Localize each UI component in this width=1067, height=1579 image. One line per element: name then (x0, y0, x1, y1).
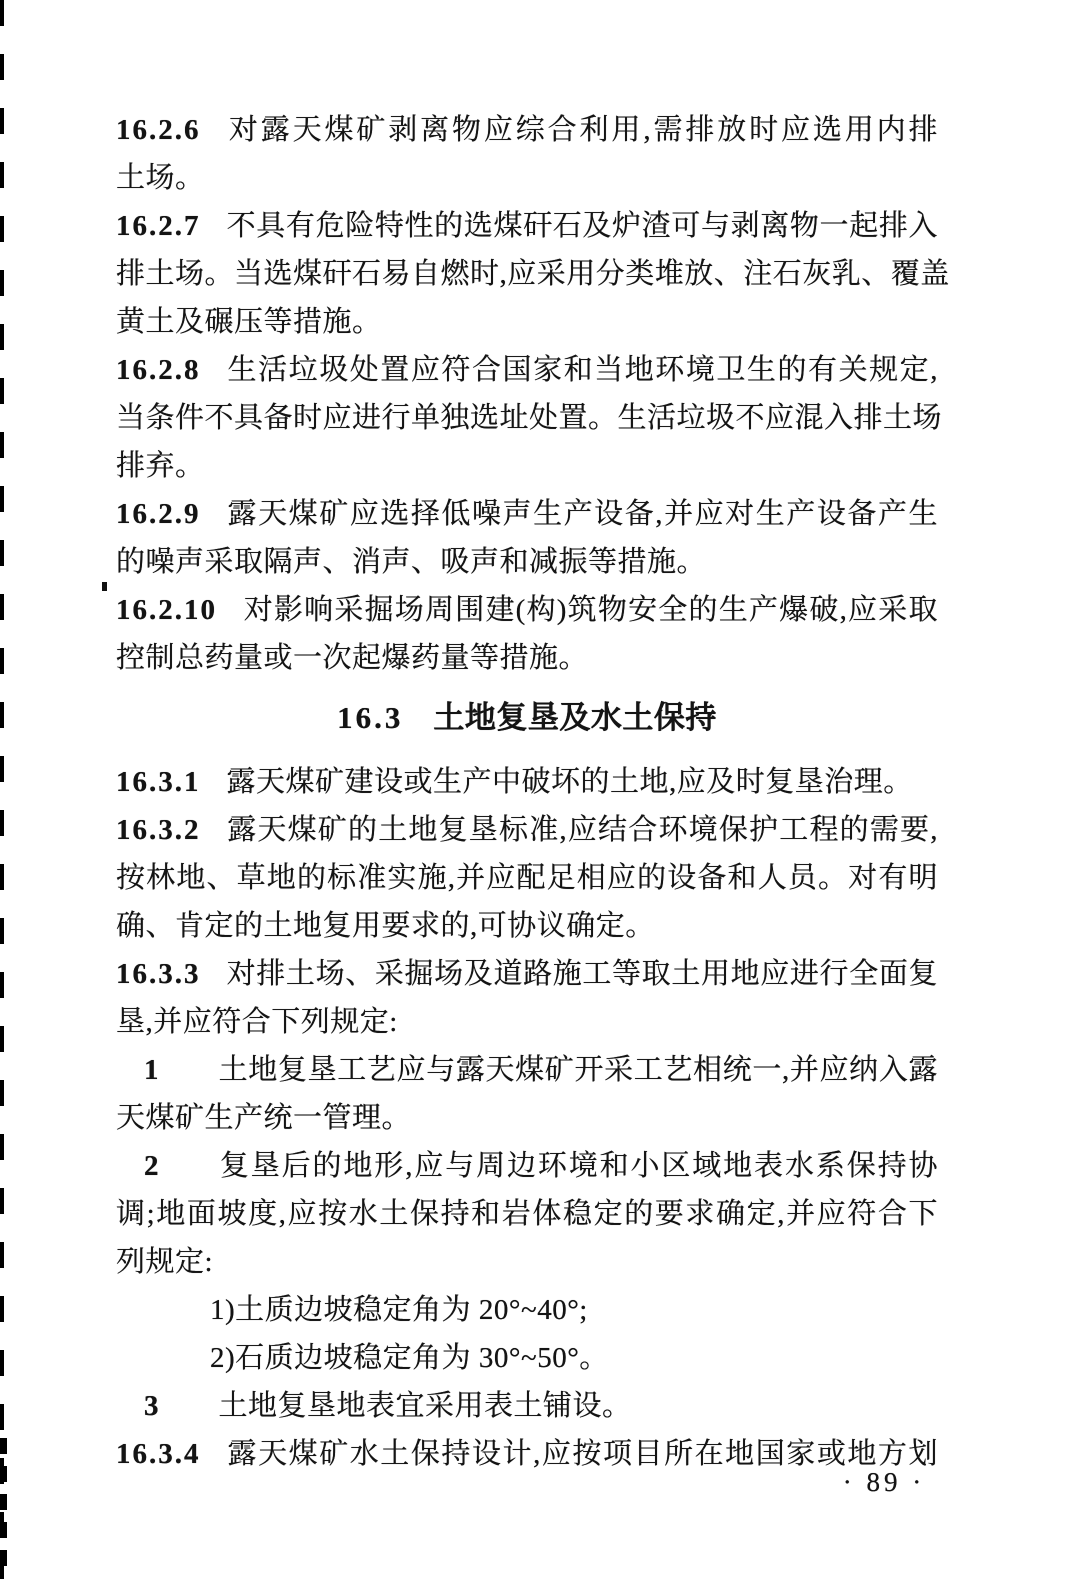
line-text: 复垦后的地形,应与周边环境和小区域地表水系保持协 (219, 1150, 939, 1182)
clause-paragraph: 16.2.9露天煤矿应选择低噪声生产设备,并应对生产设备产生的噪声采取隔声、消声… (116, 490, 938, 586)
line-text: 排土场。当选煤矸石易自燃时,应采用分类堆放、注石灰乳、覆盖 (116, 258, 950, 290)
text-line: 确、肯定的土地复用要求的,可协议确定。 (116, 902, 938, 950)
text-line: 16.3.3对排土场、采掘场及道路施工等取土用地应进行全面复 (116, 950, 938, 998)
text-line: 2)石质边坡稳定角为 30°~50°。 (116, 1334, 938, 1382)
scanned-document-page: 16.2.6对露天煤矿剥离物应综合利用,需排放时应选用内排土场。16.2.7不具… (0, 0, 1067, 1579)
line-text: 露天煤矿建设或生产中破坏的土地,应及时复垦治理。 (227, 766, 913, 798)
text-line: 天煤矿生产统一管理。 (116, 1094, 938, 1142)
text-line: 16.2.7不具有危险特性的选煤矸石及炉渣可与剥离物一起排入 (116, 202, 938, 250)
text-line: 16.2.8生活垃圾处置应符合国家和当地环境卫生的有关规定, (116, 346, 938, 394)
line-text: 当条件不具备时应进行单独选址处置。生活垃圾不应混入排土场 (116, 402, 942, 434)
item-number: 16.3.4 (116, 1438, 201, 1470)
clause-paragraph: 16.3.4露天煤矿水土保持设计,应按项目所在地国家或地方划 (116, 1430, 938, 1478)
line-text: 确、肯定的土地复用要求的,可协议确定。 (116, 910, 655, 942)
text-line: 列规定: (116, 1238, 938, 1286)
list-item: 3土地复垦地表宜采用表土铺设。 (116, 1382, 938, 1430)
section-heading: 16.3土地复垦及水土保持 (116, 694, 938, 742)
line-text: 排弃。 (116, 450, 205, 482)
item-number: 2 (144, 1150, 161, 1182)
item-number: 16.3.2 (116, 814, 201, 846)
page-number: · 89 · (824, 1466, 944, 1498)
line-text: 土地复垦及水土保持 (433, 700, 717, 735)
text-line: 按林地、草地的标准实施,并应配足相应的设备和人员。对有明 (116, 854, 938, 902)
item-number: 1 (144, 1054, 161, 1086)
heading-number: 16.3 (337, 700, 403, 735)
line-text: 生活垃圾处置应符合国家和当地环境卫生的有关规定, (227, 354, 939, 386)
text-line: 16.3.2露天煤矿的土地复垦标准,应结合环境保护工程的需要, (116, 806, 938, 854)
text-line: 1)土质边坡稳定角为 20°~40°; (116, 1286, 938, 1334)
text-line: 1土地复垦工艺应与露天煤矿开采工艺相统一,并应纳入露 (116, 1046, 938, 1094)
item-number: 16.2.6 (116, 114, 201, 146)
line-text: 土地复垦地表宜采用表土铺设。 (219, 1390, 632, 1422)
item-number: 16.2.7 (116, 210, 201, 242)
text-line: 3土地复垦地表宜采用表土铺设。 (116, 1382, 938, 1430)
item-number: 16.3.1 (116, 766, 201, 798)
clause-paragraph: 16.3.1露天煤矿建设或生产中破坏的土地,应及时复垦治理。 (116, 758, 938, 806)
line-text: 露天煤矿的土地复垦标准,应结合环境保护工程的需要, (227, 814, 939, 846)
line-text: 列规定: (116, 1246, 213, 1278)
item-number: 16.2.8 (116, 354, 201, 386)
line-text: 调;地面坡度,应按水土保持和岩体稳定的要求确定,并应符合下 (116, 1198, 938, 1230)
text-line: 16.2.9露天煤矿应选择低噪声生产设备,并应对生产设备产生 (116, 490, 938, 538)
text-line: 16.3.1露天煤矿建设或生产中破坏的土地,应及时复垦治理。 (116, 758, 938, 806)
clause-paragraph: 16.2.6对露天煤矿剥离物应综合利用,需排放时应选用内排土场。 (116, 106, 938, 202)
text-line: 控制总药量或一次起爆药量等措施。 (116, 634, 938, 682)
line-text: 土地复垦工艺应与露天煤矿开采工艺相统一,并应纳入露 (219, 1054, 939, 1086)
text-line: 16.2.10对影响采掘场周围建(构)筑物安全的生产爆破,应采取 (116, 586, 938, 634)
text-line: 调;地面坡度,应按水土保持和岩体稳定的要求确定,并应符合下 (116, 1190, 938, 1238)
text-line: 16.3.4露天煤矿水土保持设计,应按项目所在地国家或地方划 (116, 1430, 938, 1478)
clause-paragraph: 16.3.3对排土场、采掘场及道路施工等取土用地应进行全面复垦,并应符合下列规定… (116, 950, 938, 1046)
item-number: 16.3.3 (116, 958, 201, 990)
document-body: 16.2.6对露天煤矿剥离物应综合利用,需排放时应选用内排土场。16.2.7不具… (116, 0, 938, 1478)
line-text: 的噪声采取隔声、消声、吸声和减振等措施。 (116, 546, 706, 578)
text-line: 2复垦后的地形,应与周边环境和小区域地表水系保持协 (116, 1142, 938, 1190)
list-item: 2)石质边坡稳定角为 30°~50°。 (116, 1334, 938, 1382)
list-item: 1土地复垦工艺应与露天煤矿开采工艺相统一,并应纳入露天煤矿生产统一管理。 (116, 1046, 938, 1142)
line-text: 对排土场、采掘场及道路施工等取土用地应进行全面复 (227, 958, 939, 990)
line-text: 垦,并应符合下列规定: (116, 1006, 398, 1038)
line-text: 不具有危险特性的选煤矸石及炉渣可与剥离物一起排入 (227, 210, 939, 242)
line-text: 按林地、草地的标准实施,并应配足相应的设备和人员。对有明 (116, 862, 938, 894)
clause-paragraph: 16.3.2露天煤矿的土地复垦标准,应结合环境保护工程的需要,按林地、草地的标准… (116, 806, 938, 950)
text-line: 排土场。当选煤矸石易自燃时,应采用分类堆放、注石灰乳、覆盖 (116, 250, 938, 298)
item-number: 3 (144, 1390, 161, 1422)
line-text: 露天煤矿应选择低噪声生产设备,并应对生产设备产生 (227, 498, 939, 530)
clause-paragraph: 16.2.10对影响采掘场周围建(构)筑物安全的生产爆破,应采取控制总药量或一次… (116, 586, 938, 682)
clause-paragraph: 16.2.8生活垃圾处置应符合国家和当地环境卫生的有关规定,当条件不具备时应进行… (116, 346, 938, 490)
text-line: 黄土及碾压等措施。 (116, 298, 938, 346)
line-text: 天煤矿生产统一管理。 (116, 1102, 411, 1134)
item-number: 16.2.9 (116, 498, 201, 530)
list-item: 2复垦后的地形,应与周边环境和小区域地表水系保持协调;地面坡度,应按水土保持和岩… (116, 1142, 938, 1286)
scan-edge-artifact-left-bottom (0, 1438, 7, 1572)
scan-edge-artifact-left (0, 0, 4, 1579)
text-line: 排弃。 (116, 442, 938, 490)
text-line: 16.3土地复垦及水土保持 (116, 694, 938, 742)
item-number: 16.2.10 (116, 594, 217, 626)
clause-paragraph: 16.2.7不具有危险特性的选煤矸石及炉渣可与剥离物一起排入排土场。当选煤矸石易… (116, 202, 938, 346)
line-text: 1)土质边坡稳定角为 20°~40°; (210, 1294, 588, 1326)
text-line: 16.2.6对露天煤矿剥离物应综合利用,需排放时应选用内排 (116, 106, 938, 154)
list-item: 1)土质边坡稳定角为 20°~40°; (116, 1286, 938, 1334)
text-line: 当条件不具备时应进行单独选址处置。生活垃圾不应混入排土场 (116, 394, 938, 442)
line-text: 控制总药量或一次起爆药量等措施。 (116, 642, 588, 674)
text-line: 垦,并应符合下列规定: (116, 998, 938, 1046)
line-text: 土场。 (116, 162, 205, 194)
line-text: 对露天煤矿剥离物应综合利用,需排放时应选用内排 (227, 114, 939, 146)
line-text: 2)石质边坡稳定角为 30°~50°。 (210, 1342, 609, 1374)
ink-speck (102, 582, 107, 591)
line-text: 黄土及碾压等措施。 (116, 306, 382, 338)
line-text: 对影响采掘场周围建(构)筑物安全的生产爆破,应采取 (243, 594, 938, 626)
text-line: 的噪声采取隔声、消声、吸声和减振等措施。 (116, 538, 938, 586)
text-line: 土场。 (116, 154, 938, 202)
